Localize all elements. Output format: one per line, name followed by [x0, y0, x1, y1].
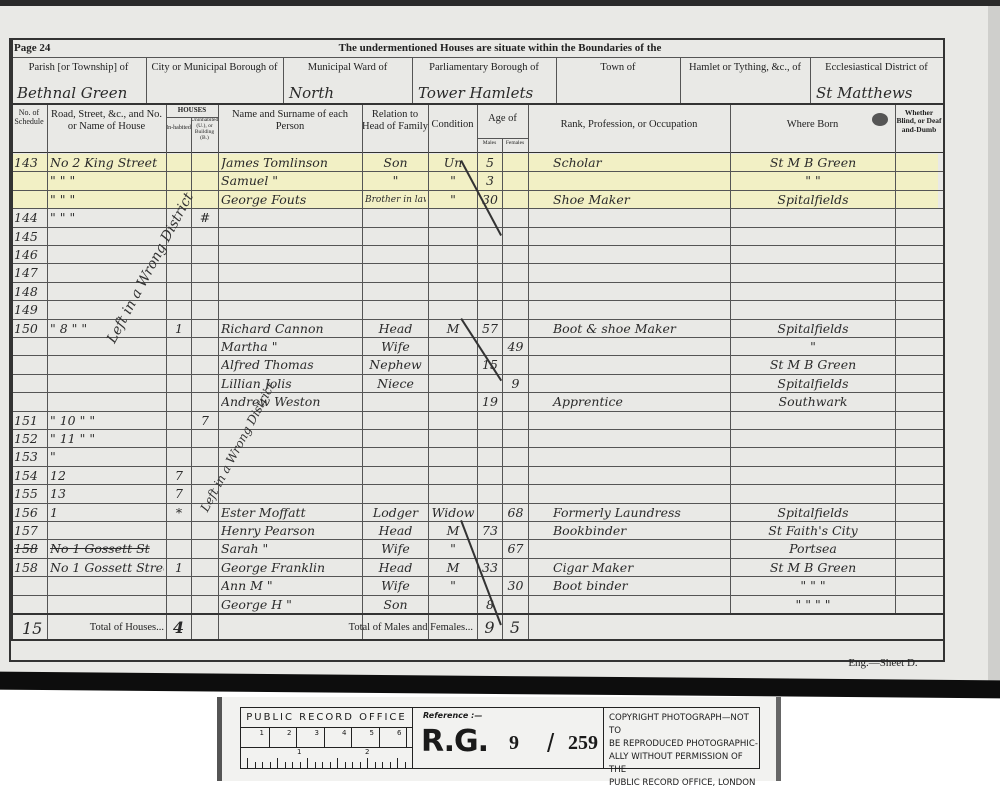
- address-cell: ": [50, 448, 164, 466]
- condition-cell: [431, 393, 475, 411]
- female-age-cell: [505, 172, 526, 190]
- stamp-office: PUBLIC RECORD OFFICE: [241, 708, 413, 728]
- uninhabited-cell: [194, 596, 216, 614]
- divider: [603, 708, 604, 768]
- uninhabited-cell: [194, 264, 216, 282]
- occupation-cell: [531, 430, 728, 448]
- female-age-cell: [505, 485, 526, 503]
- schedule-cell: 144: [14, 209, 45, 227]
- occupation-cell: [531, 264, 728, 282]
- scale-tick: [367, 758, 368, 768]
- female-age-cell: [505, 412, 526, 430]
- relation-cell: [365, 485, 426, 503]
- copyright-line: COPYRIGHT PHOTOGRAPH—NOT TO: [609, 712, 759, 738]
- scale-tick: [375, 762, 376, 768]
- total-houses-count: 15: [22, 619, 42, 638]
- district-label: Town of: [556, 62, 680, 74]
- birthplace-cell: Spitalfields: [733, 375, 893, 393]
- occupation-cell: Bookbinder: [531, 522, 728, 540]
- schedule-cell: [14, 338, 45, 356]
- schedule-cell: 145: [14, 228, 45, 246]
- condition-cell: [431, 596, 475, 614]
- divider: [166, 117, 218, 118]
- uninhabited-cell: [194, 393, 216, 411]
- schedule-cell: [14, 577, 45, 595]
- male-age-cell: [480, 375, 500, 393]
- scale-tick: [300, 762, 301, 768]
- uninhabited-cell: [194, 522, 216, 540]
- occupation-cell: Boot binder: [531, 577, 728, 595]
- schedule-cell: [14, 375, 45, 393]
- birthplace-cell: [733, 485, 893, 503]
- inhabited-cell: [169, 356, 189, 374]
- inhabited-cell: [169, 522, 189, 540]
- border: [11, 38, 13, 641]
- total-females: 5: [502, 618, 528, 637]
- address-cell: [50, 596, 164, 614]
- male-age-cell: [480, 301, 500, 319]
- schedule-cell: [14, 191, 45, 209]
- female-age-cell: 68: [505, 504, 526, 522]
- name-cell: George Franklin: [221, 559, 360, 577]
- scale-tick: [324, 728, 325, 748]
- condition-cell: [431, 228, 475, 246]
- inhabited-cell: *: [169, 504, 189, 522]
- district-label: Municipal Ward of: [283, 62, 412, 74]
- female-age-cell: 49: [505, 338, 526, 356]
- scale-tick: [270, 762, 271, 768]
- birthplace-cell: " ": [733, 172, 893, 190]
- address-cell: " 10 " ": [50, 412, 164, 430]
- occupation-cell: [531, 246, 728, 264]
- male-age-cell: [480, 246, 500, 264]
- uninhabited-cell: [194, 228, 216, 246]
- scale-tick: [255, 762, 256, 768]
- scale-tick: [307, 758, 308, 768]
- female-age-cell: [505, 301, 526, 319]
- condition-cell: [431, 301, 475, 319]
- name-cell: [221, 246, 360, 264]
- relation-cell: Head: [365, 320, 426, 338]
- condition-cell: [431, 338, 475, 356]
- scale-tick: [337, 758, 338, 768]
- address-cell: " " ": [50, 209, 164, 227]
- copyright-line: PUBLIC RECORD OFFICE, LONDON: [609, 777, 759, 787]
- condition-cell: [431, 375, 475, 393]
- page-label: Page 24: [14, 42, 74, 55]
- occupation-cell: Shoe Maker: [531, 191, 728, 209]
- female-age-cell: [505, 559, 526, 577]
- occupation-cell: [531, 448, 728, 466]
- birthplace-cell: [733, 283, 893, 301]
- schedule-cell: 152: [14, 430, 45, 448]
- relation-cell: Wife: [365, 540, 426, 558]
- female-age-cell: [505, 522, 526, 540]
- inhabited-cell: [169, 596, 189, 614]
- birthplace-cell: [733, 412, 893, 430]
- inhabited-cell: 1: [169, 320, 189, 338]
- column-header: Rank, Profession, or Occupation: [528, 109, 730, 131]
- address-cell: [50, 522, 164, 540]
- scale-label: 2: [365, 748, 369, 756]
- condition-cell: [431, 467, 475, 485]
- birthplace-cell: Spitalfields: [733, 191, 893, 209]
- female-age-cell: 9: [505, 375, 526, 393]
- uninhabited-cell: [194, 191, 216, 209]
- scale-tick: [330, 762, 331, 768]
- name-cell: Ester Moffatt: [221, 504, 360, 522]
- address-cell: [50, 301, 164, 319]
- totals-blank: [529, 615, 942, 639]
- schedule-cell: 146: [14, 246, 45, 264]
- birthplace-cell: [733, 467, 893, 485]
- male-age-cell: 57: [480, 320, 500, 338]
- birthplace-cell: [733, 448, 893, 466]
- birthplace-cell: " " " ": [733, 596, 893, 614]
- male-age-cell: [480, 540, 500, 558]
- address-cell: No 2 King Street: [50, 154, 164, 172]
- scale-tick: [397, 758, 398, 768]
- name-cell: [221, 485, 360, 503]
- name-cell: [221, 264, 360, 282]
- uninhabited-cell: [194, 320, 216, 338]
- condition-cell: Widow: [431, 504, 475, 522]
- column-header: Name and Surname of each Person: [218, 109, 362, 133]
- male-age-cell: 73: [480, 522, 500, 540]
- uninhabited-cell: [194, 540, 216, 558]
- address-cell: No 1 Gossett Street: [50, 559, 164, 577]
- uninhabited-cell: [194, 559, 216, 577]
- occupation-cell: [531, 356, 728, 374]
- district-label: Hamlet or Tything, &c., of: [680, 62, 810, 74]
- total-persons-label: Total of Males and Females...: [218, 622, 473, 634]
- relation-cell: [365, 246, 426, 264]
- uninhabited-cell: [194, 172, 216, 190]
- female-age-cell: [505, 596, 526, 614]
- relation-cell: Son: [365, 154, 426, 172]
- name-cell: James Tomlinson: [221, 154, 360, 172]
- copyright-line: BE REPRODUCED PHOTOGRAPHIC-: [609, 738, 759, 751]
- inhabited-cell: [169, 393, 189, 411]
- birthplace-cell: [733, 301, 893, 319]
- address-cell: 1: [50, 504, 164, 522]
- schedule-cell: 158: [14, 559, 45, 577]
- male-age-cell: [480, 264, 500, 282]
- occupation-cell: [531, 412, 728, 430]
- scale-tick: [322, 762, 323, 768]
- district-value: Bethnal Green: [17, 84, 144, 102]
- male-age-cell: 3: [480, 172, 500, 190]
- column-header-males: Males: [477, 140, 502, 146]
- name-cell: [221, 228, 360, 246]
- female-age-cell: 30: [505, 577, 526, 595]
- inhabited-cell: [169, 338, 189, 356]
- scale-tick: [379, 728, 380, 748]
- scale-tick: [247, 758, 248, 768]
- district-value: St Matthews: [816, 84, 941, 102]
- female-age-cell: [505, 228, 526, 246]
- schedule-cell: [14, 393, 45, 411]
- relation-cell: Niece: [365, 375, 426, 393]
- scale-label: 4: [342, 729, 346, 737]
- name-cell: Henry Pearson: [221, 522, 360, 540]
- female-age-cell: [505, 393, 526, 411]
- district-label: Parliamentary Borough of: [412, 62, 556, 74]
- male-age-cell: [480, 467, 500, 485]
- scale-tick: [352, 762, 353, 768]
- male-age-cell: [480, 448, 500, 466]
- stamp-frame: PUBLIC RECORD OFFICE 123456 12 Reference…: [240, 707, 760, 769]
- relation-cell: Wife: [365, 577, 426, 595]
- schedule-cell: [14, 356, 45, 374]
- schedule-cell: 158: [14, 540, 45, 558]
- name-cell: Alfred Thomas: [221, 356, 360, 374]
- uninhabited-cell: [194, 448, 216, 466]
- district-label: City or Municipal Borough of: [146, 62, 283, 74]
- relation-cell: [365, 209, 426, 227]
- scale-tick: [296, 728, 297, 748]
- name-cell: Sarah ": [221, 540, 360, 558]
- schedule-cell: 143: [14, 154, 45, 172]
- condition-cell: [431, 209, 475, 227]
- birthplace-cell: [733, 228, 893, 246]
- name-cell: [221, 467, 360, 485]
- address-cell: No 1 Gossett St: [50, 540, 164, 558]
- copyright-notice: COPYRIGHT PHOTOGRAPH—NOT TO BE REPRODUCE…: [609, 712, 759, 787]
- occupation-cell: [531, 301, 728, 319]
- address-cell: [50, 577, 164, 595]
- scale-label: 2: [287, 729, 291, 737]
- scale-tick: [360, 762, 361, 768]
- scale-tick: [345, 762, 346, 768]
- column-header: Condition: [428, 109, 477, 131]
- schedule-cell: 156: [14, 504, 45, 522]
- condition-cell: [431, 430, 475, 448]
- uninhabited-cell: [194, 283, 216, 301]
- uninhabited-cell: [194, 301, 216, 319]
- column-header: Relation to Head of Family: [362, 109, 428, 133]
- scale-tick: [292, 762, 293, 768]
- divider: [11, 639, 943, 641]
- occupation-cell: Scholar: [531, 154, 728, 172]
- condition-cell: ": [431, 577, 475, 595]
- border: [943, 38, 945, 641]
- address-cell: [50, 375, 164, 393]
- scale-tick: [285, 762, 286, 768]
- name-cell: Lillian Jolis: [221, 375, 360, 393]
- column-header-age: Age of: [477, 113, 528, 125]
- female-age-cell: [505, 191, 526, 209]
- scale-label: 5: [370, 729, 374, 737]
- condition-cell: [431, 283, 475, 301]
- relation-cell: Son: [365, 596, 426, 614]
- name-cell: [221, 209, 360, 227]
- occupation-cell: [531, 338, 728, 356]
- condition-cell: ": [431, 191, 475, 209]
- scale-tick: [406, 728, 407, 748]
- inhabited-cell: [169, 301, 189, 319]
- birthplace-cell: Portsea: [733, 540, 893, 558]
- male-age-cell: 5: [480, 154, 500, 172]
- address-cell: 13: [50, 485, 164, 503]
- relation-cell: [365, 264, 426, 282]
- reference-piece-a: 9: [509, 732, 519, 755]
- female-age-cell: [505, 356, 526, 374]
- stamp-scale-inch: 12: [241, 748, 413, 768]
- name-cell: Samuel ": [221, 172, 360, 190]
- total-houses-inhabited: 4: [166, 618, 191, 637]
- scale-tick: [351, 728, 352, 748]
- condition-cell: [431, 448, 475, 466]
- male-age-cell: [480, 504, 500, 522]
- occupation-cell: Formerly Laundress: [531, 504, 728, 522]
- birthplace-cell: [733, 264, 893, 282]
- occupation-cell: [531, 172, 728, 190]
- address-cell: " 11 " ": [50, 430, 164, 448]
- scale-tick: [405, 762, 406, 768]
- occupation-cell: [531, 596, 728, 614]
- condition-cell: Un: [431, 154, 475, 172]
- occupation-cell: [531, 485, 728, 503]
- birthplace-cell: Southwark: [733, 393, 893, 411]
- female-age-cell: [505, 246, 526, 264]
- district-value: North: [289, 84, 410, 102]
- address-cell: [50, 338, 164, 356]
- schedule-cell: [14, 596, 45, 614]
- occupation-cell: Boot & shoe Maker: [531, 320, 728, 338]
- reference-piece-b: 259: [568, 732, 598, 755]
- copyright-line: ALLY WITHOUT PERMISSION OF THE: [609, 751, 759, 777]
- relation-cell: Lodger: [365, 504, 426, 522]
- male-age-cell: [480, 412, 500, 430]
- male-age-cell: 19: [480, 393, 500, 411]
- occupation-cell: [531, 467, 728, 485]
- reference-series: R.G.: [421, 724, 488, 759]
- schedule-cell: 155: [14, 485, 45, 503]
- schedule-cell: 147: [14, 264, 45, 282]
- relation-cell: [365, 301, 426, 319]
- column-header: No. of Schedule: [11, 109, 47, 127]
- birthplace-cell: St M B Green: [733, 356, 893, 374]
- relation-cell: Wife: [365, 338, 426, 356]
- relation-cell: [365, 228, 426, 246]
- scale-label: 3: [315, 729, 319, 737]
- condition-cell: [431, 356, 475, 374]
- address-cell: " " ": [50, 172, 164, 190]
- condition-cell: [431, 485, 475, 503]
- inhabited-cell: [169, 246, 189, 264]
- female-age-cell: 67: [505, 540, 526, 558]
- female-age-cell: [505, 430, 526, 448]
- uninhabited-cell: [194, 577, 216, 595]
- male-age-cell: [480, 485, 500, 503]
- relation-cell: [365, 430, 426, 448]
- birthplace-cell: Spitalfields: [733, 504, 893, 522]
- ink-blot: [872, 113, 888, 126]
- inhabited-cell: 7: [169, 467, 189, 485]
- birthplace-cell: St Faith's City: [733, 522, 893, 540]
- record-office-stamp: PUBLIC RECORD OFFICE 123456 12 Reference…: [217, 697, 781, 781]
- address-cell: [50, 393, 164, 411]
- birthplace-cell: " " ": [733, 577, 893, 595]
- uninhabited-cell: [194, 338, 216, 356]
- schedule-cell: [14, 172, 45, 190]
- address-cell: [50, 356, 164, 374]
- birthplace-cell: St M B Green: [733, 154, 893, 172]
- page-banner: The undermentioned Houses are situate wi…: [240, 42, 760, 55]
- male-age-cell: [480, 283, 500, 301]
- column-header-females: Females: [502, 140, 528, 146]
- occupation-cell: [531, 283, 728, 301]
- address-cell: [50, 228, 164, 246]
- occupation-cell: Apprentice: [531, 393, 728, 411]
- reference-label: Reference :—: [423, 711, 482, 720]
- name-cell: Richard Cannon: [221, 320, 360, 338]
- female-age-cell: [505, 154, 526, 172]
- uninhabited-cell: [194, 154, 216, 172]
- schedule-cell: 154: [14, 467, 45, 485]
- condition-cell: [431, 246, 475, 264]
- column-header: Where Born: [730, 109, 895, 131]
- occupation-cell: [531, 540, 728, 558]
- name-cell: [221, 301, 360, 319]
- column-header-inhabited: In-habited: [166, 125, 191, 132]
- female-age-cell: [505, 467, 526, 485]
- uninhabited-cell: [194, 430, 216, 448]
- uninhabited-cell: #: [194, 209, 216, 227]
- female-age-cell: [505, 264, 526, 282]
- occupation-cell: [531, 375, 728, 393]
- female-age-cell: [505, 448, 526, 466]
- name-cell: George Fouts: [221, 191, 360, 209]
- inhabited-cell: [169, 264, 189, 282]
- schedule-cell: 151: [14, 412, 45, 430]
- district-value: Tower Hamlets: [418, 84, 554, 102]
- divider: [11, 57, 943, 58]
- schedule-cell: 157: [14, 522, 45, 540]
- birthplace-cell: St M B Green: [733, 559, 893, 577]
- column-header: Road, Street, &c., and No. or Name of Ho…: [47, 109, 166, 133]
- relation-cell: ": [365, 172, 426, 190]
- relation-cell: Head: [365, 559, 426, 577]
- relation-cell: [365, 448, 426, 466]
- occupation-cell: [531, 228, 728, 246]
- inhabited-cell: 7: [169, 485, 189, 503]
- inhabited-cell: [169, 172, 189, 190]
- name-cell: Martha ": [221, 338, 360, 356]
- district-label: Ecclesiastical District of: [810, 62, 943, 74]
- column-header: Whether Blind, or Deaf and-Dumb: [895, 109, 943, 134]
- name-cell: Andrew Weston: [221, 393, 360, 411]
- name-cell: George H ": [221, 596, 360, 614]
- condition-cell: [431, 264, 475, 282]
- inhabited-cell: [169, 448, 189, 466]
- relation-cell: [365, 412, 426, 430]
- scale-tick: [382, 762, 383, 768]
- uninhabited-cell: 7: [194, 412, 216, 430]
- total-males: 9: [477, 618, 502, 637]
- schedule-cell: 149: [14, 301, 45, 319]
- district-label: Parish [or Township] of: [11, 62, 146, 74]
- schedule-cell: 148: [14, 283, 45, 301]
- relation-cell: [365, 467, 426, 485]
- inhabited-cell: [169, 154, 189, 172]
- scale-label: 6: [397, 729, 401, 737]
- inhabited-cell: 1: [169, 559, 189, 577]
- scan-right-edge: [988, 6, 1000, 690]
- birthplace-cell: ": [733, 338, 893, 356]
- address-cell: 12: [50, 467, 164, 485]
